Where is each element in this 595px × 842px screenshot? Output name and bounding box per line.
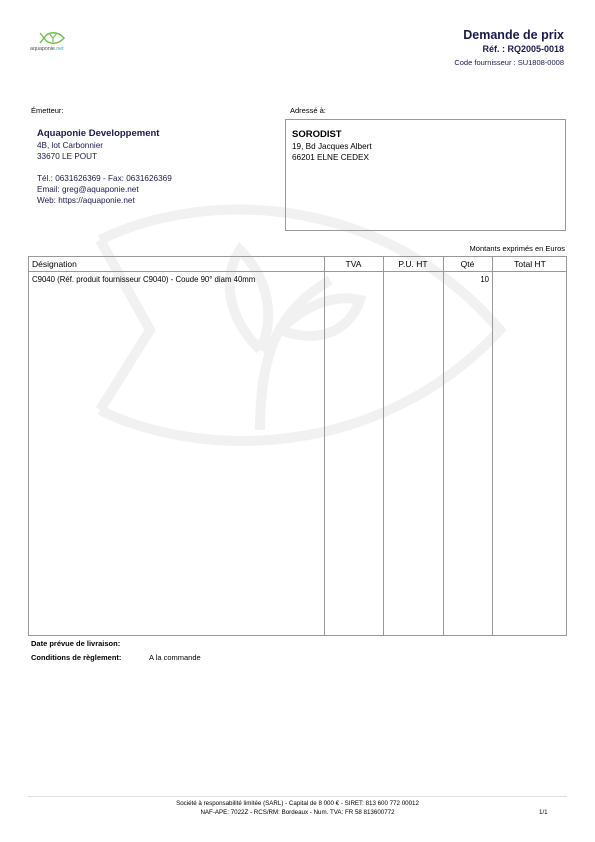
fish-logo-icon	[38, 30, 66, 46]
logo-text: aquaponie.net	[30, 46, 64, 52]
recipient-address-line1: 19, Bd Jacques Albert	[292, 141, 372, 152]
sender-address-block: Aquaponie Developpement 4B, lot Carbonni…	[37, 128, 172, 206]
document-reference: Réf. : RQ2005-0018	[482, 44, 564, 54]
row-quantity: 10	[443, 275, 489, 284]
lines-table: Désignation TVA P.U. HT Qté Total HT C90…	[28, 256, 567, 636]
recipient-address-box: SORODIST 19, Bd Jacques Albert 66201 ELN…	[285, 119, 566, 231]
column-header-designation: Désignation	[32, 259, 77, 269]
column-divider	[383, 257, 384, 635]
company-logo: aquaponie.net	[30, 30, 80, 58]
footer-divider	[28, 796, 567, 797]
row-designation: C9040 (Réf. produit fournisseur C9040) -…	[32, 275, 255, 284]
recipient-name: SORODIST	[292, 129, 372, 141]
sender-phone-fax: Tél.: 0631626369 - Fax: 0631626369	[37, 173, 172, 184]
sender-name: Aquaponie Developpement	[37, 128, 172, 140]
column-divider	[492, 257, 493, 635]
payment-terms-label: Conditions de règlement:	[31, 653, 121, 662]
sender-web: Web: https://aquaponie.net	[37, 195, 172, 206]
supplier-code: Code fournisseur : SU1808-0008	[454, 58, 564, 67]
currency-note: Montants exprimés en Euros	[470, 244, 565, 253]
column-header-tva: TVA	[324, 259, 383, 269]
payment-terms-value: A la commande	[149, 653, 201, 662]
footer-legal-line2: NAF-APE: 7022Z - RCS/RM: Bordeaux - Num.…	[0, 809, 595, 816]
recipient-address-line2: 66201 ELNE CEDEX	[292, 152, 372, 163]
table-header-divider	[29, 271, 566, 272]
sender-address-line1: 4B, lot Carbonnier	[37, 140, 172, 151]
footer-legal-line1: Société à responsabilité limitée (SARL) …	[0, 800, 595, 807]
recipient-label: Adressé à:	[290, 106, 326, 115]
column-divider	[324, 257, 325, 635]
column-header-quantity: Qté	[443, 259, 492, 269]
column-divider	[443, 257, 444, 635]
sender-email: Email: greg@aquaponie.net	[37, 184, 172, 195]
column-header-total-ht: Total HT	[492, 259, 568, 269]
sender-address-line2: 33670 LE POUT	[37, 151, 172, 162]
sender-label: Émetteur:	[31, 106, 64, 115]
column-header-unit-price: P.U. HT	[383, 259, 443, 269]
document-title: Demande de prix	[463, 28, 564, 42]
delivery-date-label: Date prévue de livraison:	[31, 639, 120, 648]
page-number: 1/1	[539, 809, 548, 816]
